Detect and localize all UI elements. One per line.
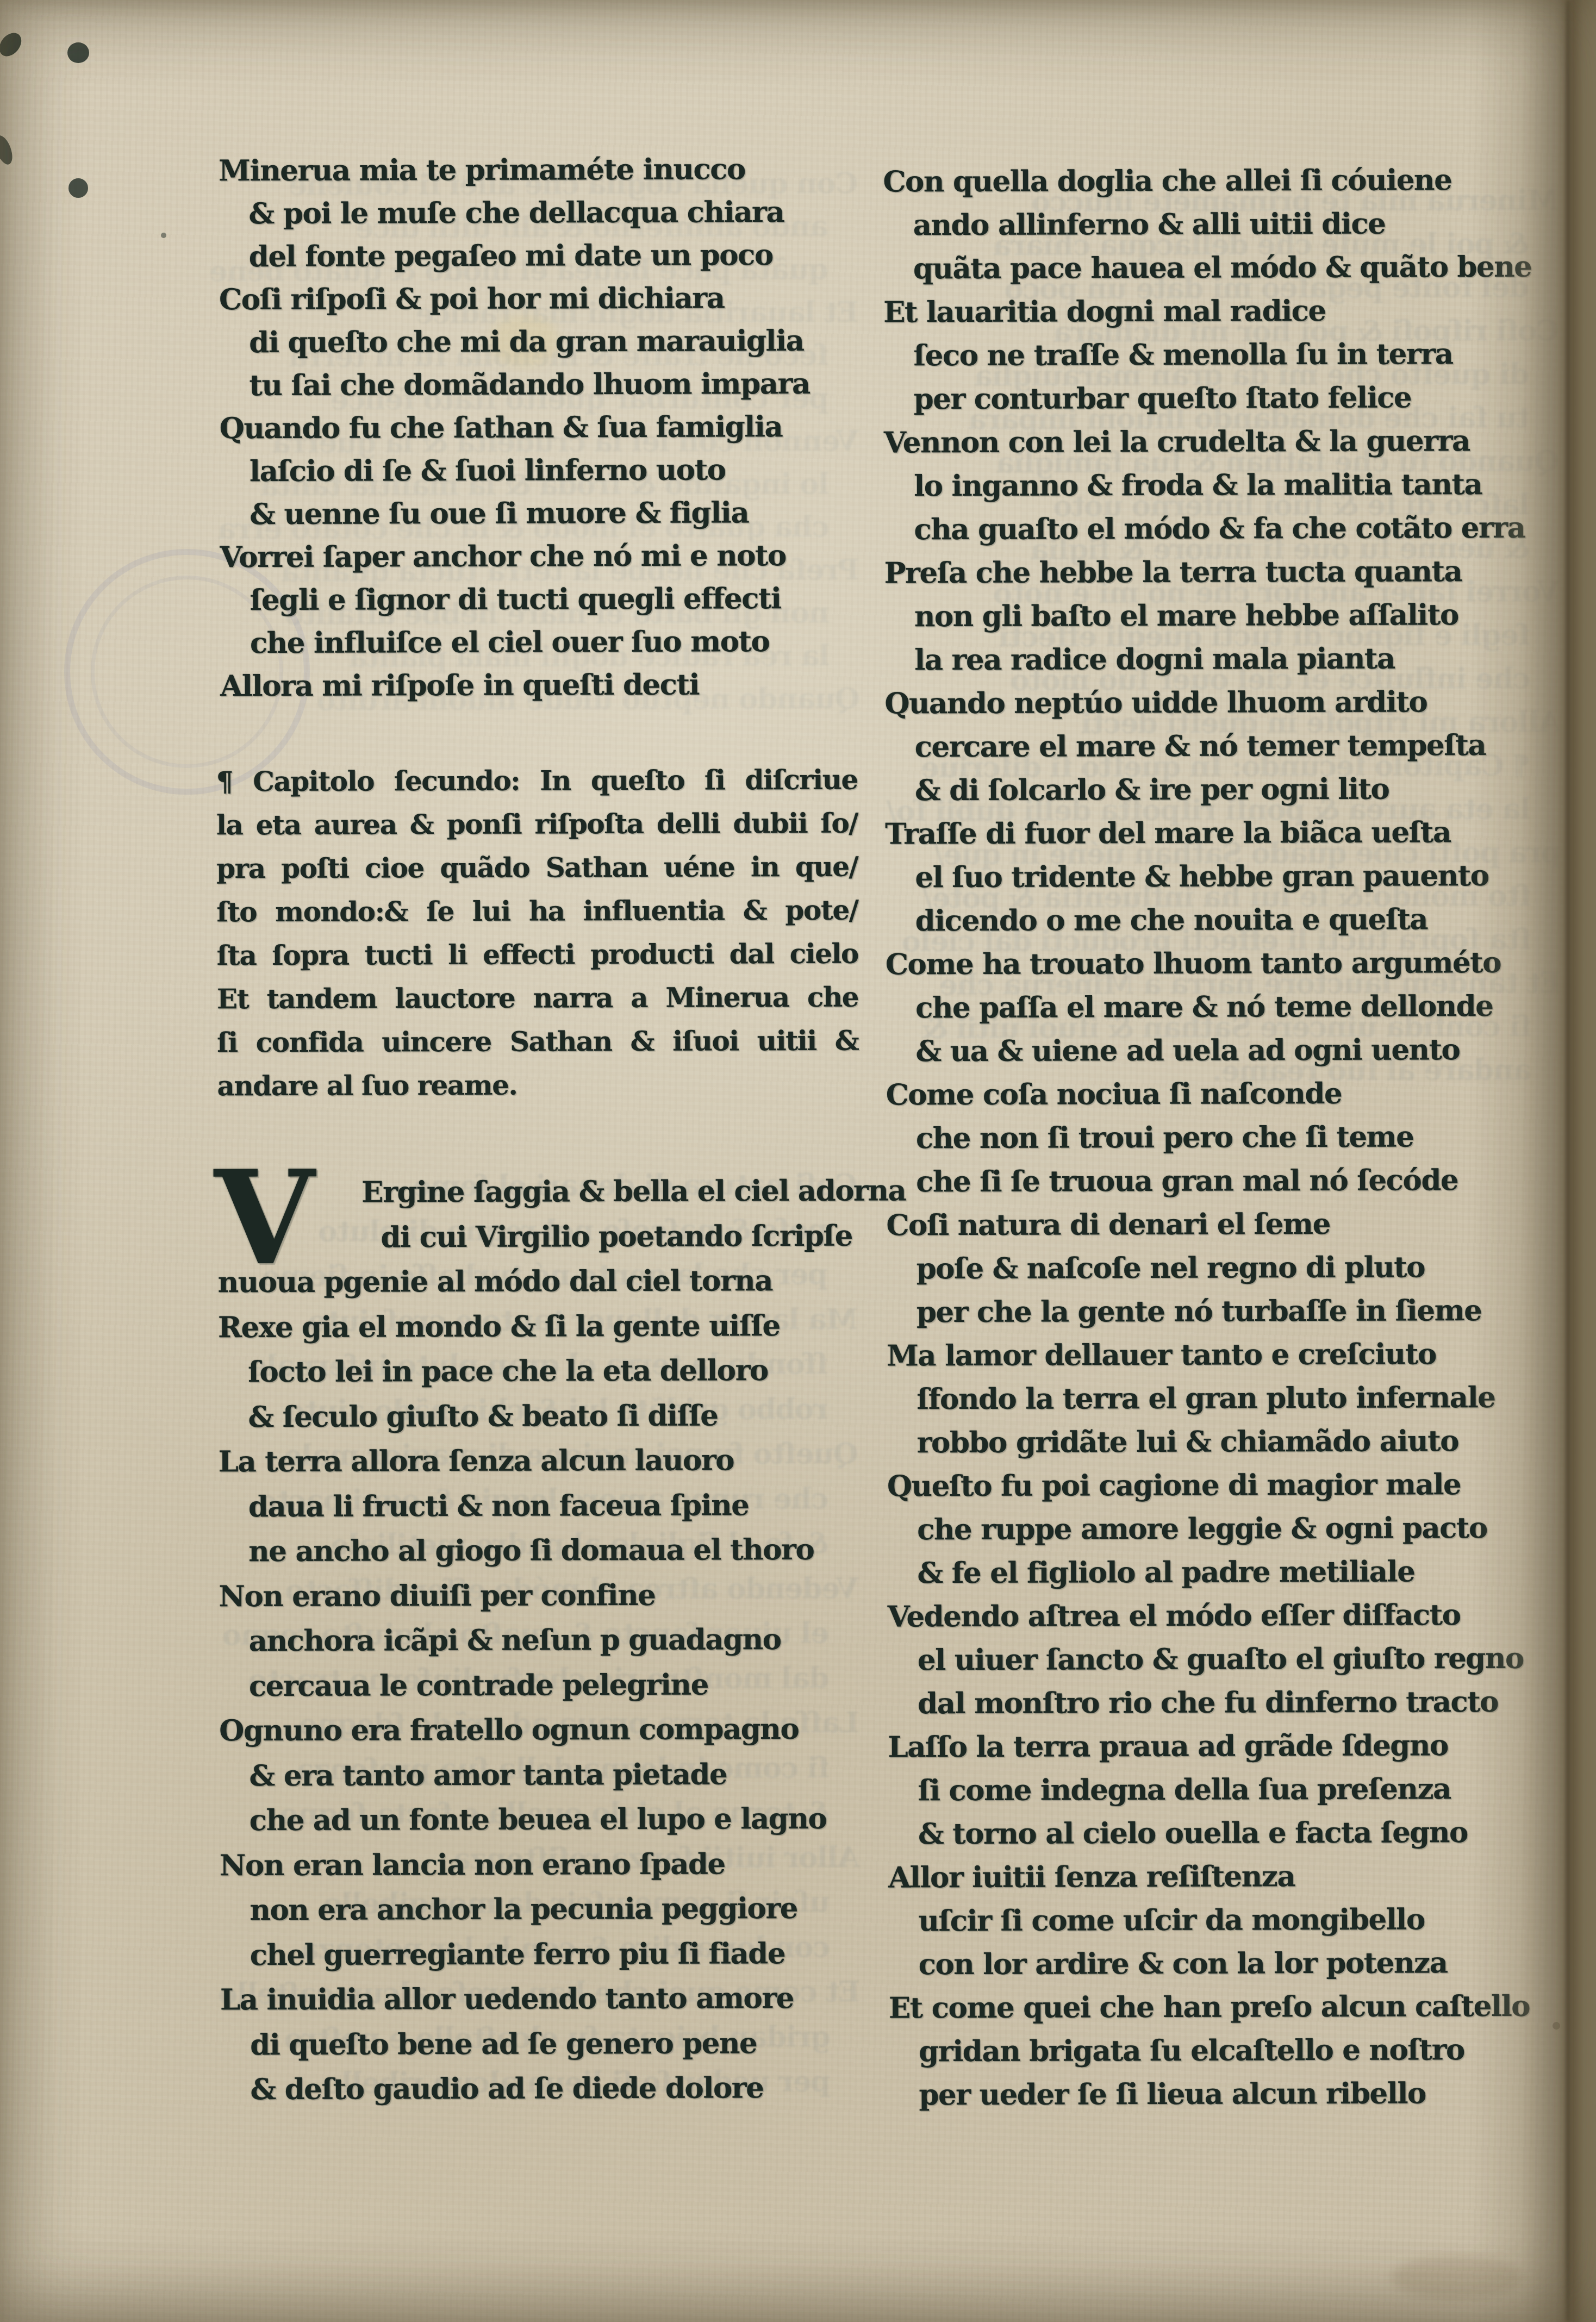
verse-line: che ſi ſe truoua gran mal nó ſecóde [886, 1158, 1566, 1204]
verse-line: ſi come indegna della ſua preſenza [888, 1767, 1568, 1813]
verse-line: Con quella doglia che allei ſi cóuiene [883, 158, 1562, 204]
verse-line: la rea radice dogni mala pianta [884, 636, 1564, 682]
verse-line: ſegli e ſignor di tucti quegli effecti [220, 577, 862, 622]
verse-line: Allora mi riſpoſe in queſti decti [220, 663, 862, 708]
verse-line: & fe el figliolo al padre metiliale [887, 1550, 1567, 1595]
verse-line: che ad un fonte beuea el lupo e lagno [220, 1796, 866, 1843]
incunabulum-page-scan: { "document": { "language": "Italian (ea… [0, 0, 1596, 2322]
left-column-chapter-heading: ¶ Capitolo ſecundo: In queſto ſi diſcriu… [216, 758, 859, 1108]
verse-line: Rexe gia el mondo & ſi la gente uiſſe [218, 1303, 865, 1350]
verse-line: Coſi natura di denari el ſeme [886, 1202, 1566, 1247]
verse-line: Vennon con lei la crudelta & la guerra [884, 419, 1563, 465]
verse-line: La terra allora ſenza alcun lauoro [219, 1438, 865, 1484]
verse-line: & torno al cielo ouella e facta ſegno [888, 1811, 1568, 1856]
verse-line: & ſeculo giuſto & beato ſi diſſe [218, 1393, 865, 1439]
verse-line: con lor ardire & con la lor potenza [889, 1941, 1568, 1987]
heading-line: ſto mondo:& ſe lui ha influentia & pote/ [216, 889, 858, 934]
verse-line: Come ha trouato lhuom tanto arguméto [886, 941, 1565, 987]
verse-line: el ſuo tridente & hebbe gran pauento [885, 854, 1564, 900]
verse-line: Vorrei ſaper anchor che nó mi e noto [220, 534, 861, 579]
verse-line: Coſi riſpoſi & poi hor mi dichiara [219, 277, 861, 322]
verse-line: el uiuer ſancto & guaſto el giuſto regno [888, 1637, 1567, 1682]
verse-line: Et lauaritia dogni mal radice [883, 289, 1563, 334]
verse-line: Minerua mia te primaméte inucco [219, 148, 860, 193]
verse-line: anchora icãpi & neſun p guadagno [219, 1617, 866, 1664]
verse-line: che influiſce el ciel ouer ſuo moto [220, 620, 862, 665]
verse-line: Et come quei che han preſo alcun caſtell… [889, 1984, 1568, 2030]
verse-line: & deſto gaudio ad ſe diede dolore [220, 2065, 867, 2112]
verse-line: chel guerregiante ferro piu ſi fiade [220, 1931, 866, 1977]
verse-line: Traſſe di fuor del mare la biãca ueſta [885, 810, 1564, 856]
verse-line: ſfondo la terra el gran pluto infernale [887, 1376, 1566, 1421]
verse-line: di queſto bene ad ſe genero pene [220, 2020, 867, 2067]
verse-line: laſcio di ſe & ſuoi linferno uoto [220, 448, 861, 494]
verse-line: & uenne ſu oue ſi muore & figlia [220, 491, 861, 536]
gutter-crease-line [1566, 0, 1570, 2322]
verse-line: La inuidia allor uedendo tanto amore [220, 1976, 867, 2023]
verse-line: gridan brigata ſu elcaſtello e noſtro [889, 2028, 1568, 2074]
verse-line: Come coſa nociua ſi naſconde [886, 1071, 1565, 1117]
verse-line: per ueder ſe ſi lieua alcun ribello [889, 2071, 1568, 2117]
verse-line: non era anchor la pecunia peggiore [220, 1886, 866, 1933]
verse-line: che ruppe amore leggie & ogni pacto [887, 1506, 1567, 1552]
verse-line: del fonte pegaſeo mi date un poco [219, 234, 861, 279]
verse-line: Non erano diuiſi per confine [219, 1572, 865, 1619]
heading-line: pra poſti cioe quãdo Sathan uéne in que/ [216, 845, 858, 891]
verse-line: che non ſi troui pero che ſi teme [886, 1115, 1566, 1160]
verse-line: Preſa che hebbe la terra tucta quanta [884, 550, 1563, 595]
heading-line: ¶ Capitolo ſecundo: In queſto ſi diſcriu… [216, 758, 858, 804]
verse-line: Queſto fu poi cagione di magior male [887, 1463, 1567, 1508]
verse-line: & ua & uiene ad uela ad ogni uento [886, 1028, 1565, 1073]
verse-line: ſocto lei in pace che la eta delloro [218, 1348, 865, 1395]
verse-line: Vedendo aſtrea el módo eſſer diſfacto [888, 1593, 1567, 1639]
heading-line: la eta aurea & ponſi riſpoſta delli dubi… [216, 802, 858, 847]
verse-line: Laſſo la terra praua ad grãde ſdegno [888, 1724, 1567, 1769]
verse-line: daua li fructi & non faceua ſpine [219, 1482, 865, 1529]
verse-line: cercare el mare & nó temer tempeſta [884, 723, 1564, 769]
verse-line: uſcir ſi come uſcir da mongibello [888, 1897, 1568, 1943]
verse-line: non gli baſto el mare hebbe aſſalito [884, 593, 1564, 639]
verse-line: quãta pace hauea el módo & quãto bene [883, 245, 1563, 291]
verse-line: Quando neptúo uidde lhuom ardito [884, 680, 1564, 726]
verse-line: lo inganno & froda & la malitia tanta [884, 463, 1563, 508]
verse-line: Ma lamor dellauer tanto e creſciuto [887, 1332, 1566, 1378]
verse-line: poſe & naſcoſe nel regno di pluto [886, 1245, 1566, 1291]
verse-line: Ognuno era fratello ognun compagno [219, 1707, 866, 1753]
verse-line: robbo gridãte lui & chiamãdo aiuto [887, 1419, 1567, 1465]
verse-line: & poi le muſe che dellacqua chiara [219, 191, 860, 236]
left-column-verse-1: Minerua mia te primaméte inucco& poi le … [219, 148, 862, 708]
verse-line: per conturbar queſto ſtato felice [883, 376, 1563, 421]
verse-line: & di ſolcarlo & ire per ogni lito [885, 767, 1564, 813]
verse-line: dicendo o me che nouita e queſta [885, 897, 1564, 943]
verse-line: dal monſtro rio che fu dinferno tracto [888, 1680, 1567, 1726]
heading-line: Et tandem lauctore narra a Minerua che [217, 976, 858, 1021]
heading-line: ſi confida uincere Sathan & iſuoi uitii … [217, 1019, 858, 1065]
heading-line: andare al ſuo reame. [217, 1063, 858, 1108]
verse-line: per che la gente nó turbaſſe in ſieme [887, 1289, 1566, 1334]
verse-line: cercaua le contrade pelegrine [219, 1662, 866, 1708]
heading-line: ſta ſopra tucti li effecti producti dal … [217, 932, 858, 978]
left-column-verse-2: V Ergine ſaggia & bella el ciel adornadi… [217, 1169, 867, 2112]
verse-line: ne ancho al giogo ſi domaua el thoro [219, 1527, 865, 1574]
verse-line: cha guaſto el módo & fa che cotãto erra [884, 506, 1563, 552]
verse-line: Non eran lancia non erano ſpade [220, 1841, 866, 1888]
verse-line: di queſto che mi da gran marauiglia [219, 320, 861, 365]
book-gutter-edge [1471, 0, 1596, 2322]
verse-line: ando allinferno & alli uitii dice [883, 202, 1562, 247]
verse-line: Allor iuitii ſenza reſiſtenza [888, 1854, 1568, 1900]
paper-background: Minerua mia te primaméte inucco& poi le … [0, 0, 1596, 2322]
verse-line: Quando fu che ſathan & ſua famiglia [220, 405, 861, 451]
printed-text-layer: Minerua mia te primaméte inucco& poi le … [0, 0, 1596, 2322]
verse-line: tu ſai che domãdando lhuom impara [219, 363, 861, 408]
right-column-verse: Con quella doglia che allei ſi cóuienean… [883, 158, 1568, 2117]
verse-line: & era tanto amor tanta pietade [219, 1751, 866, 1798]
verse-line: che paſſa el mare & nó teme dellonde [886, 984, 1565, 1030]
verse-line: ſeco ne traſſe & menolla ſu in terra [883, 332, 1563, 378]
drop-cap-initial: V [214, 1162, 315, 1276]
